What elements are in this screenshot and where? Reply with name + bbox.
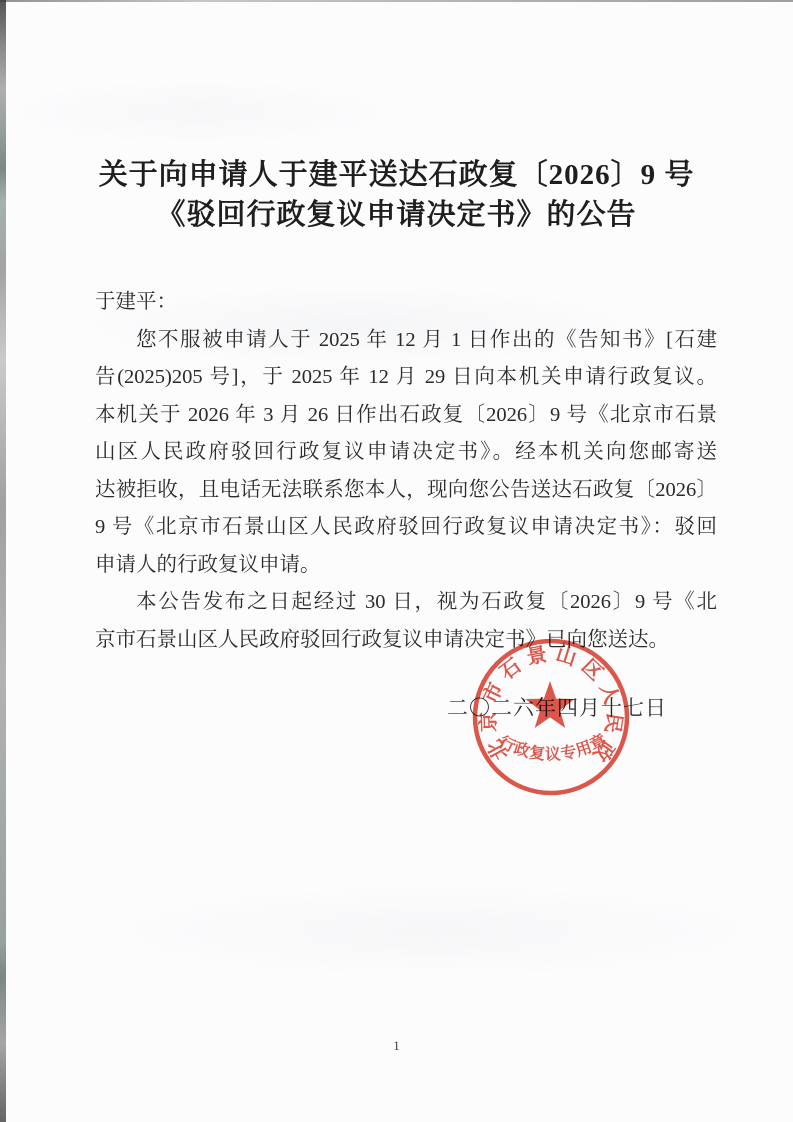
body-line: 9 号《北京市石景山区人民政府驳回行政复议申请决定书》：驳回 bbox=[95, 509, 717, 547]
body-line: 申请人的行政复议申请。 bbox=[95, 547, 717, 585]
body-line: 本公告发布之日起经过 30 日，视为石政复〔2026〕9 号《北 bbox=[95, 584, 717, 622]
official-seal: 北京市石景山区人民政府 行政复议专用章 bbox=[466, 632, 636, 802]
body-line: 本机关于 2026 年 3 月 26 日作出石政复〔2026〕9 号《北京市石景 bbox=[95, 397, 717, 435]
salutation: 于建平： bbox=[95, 284, 717, 322]
body-line: 山区人民政府驳回行政复议申请决定书》。经本机关向您邮寄送 bbox=[95, 434, 717, 472]
body-line: 告(2025)205 号]，于 2025 年 12 月 29 日向本机关申请行政… bbox=[95, 359, 717, 397]
seal-star-icon bbox=[525, 681, 574, 728]
title-line-1: 关于向申请人于建平送达石政复〔2026〕9 号 bbox=[0, 155, 793, 195]
page-number: 1 bbox=[0, 1038, 793, 1054]
body-line: 达被拒收，且电话无法联系您本人，现向您公告送达石政复〔2026〕 bbox=[95, 472, 717, 510]
page-title: 关于向申请人于建平送达石政复〔2026〕9 号 《驳回行政复议申请决定书》的公告 bbox=[0, 155, 793, 235]
body-line: 您不服被申请人于 2025 年 12 月 1 日作出的《告知书》[石建 bbox=[95, 322, 717, 360]
scanned-document-page: 关于向申请人于建平送达石政复〔2026〕9 号 《驳回行政复议申请决定书》的公告… bbox=[0, 0, 793, 1122]
scan-edge-top bbox=[0, 0, 793, 2]
title-line-2: 《驳回行政复议申请决定书》的公告 bbox=[0, 195, 793, 235]
document-body: 于建平： 您不服被申请人于 2025 年 12 月 1 日作出的《告知书》[石建… bbox=[95, 284, 717, 659]
